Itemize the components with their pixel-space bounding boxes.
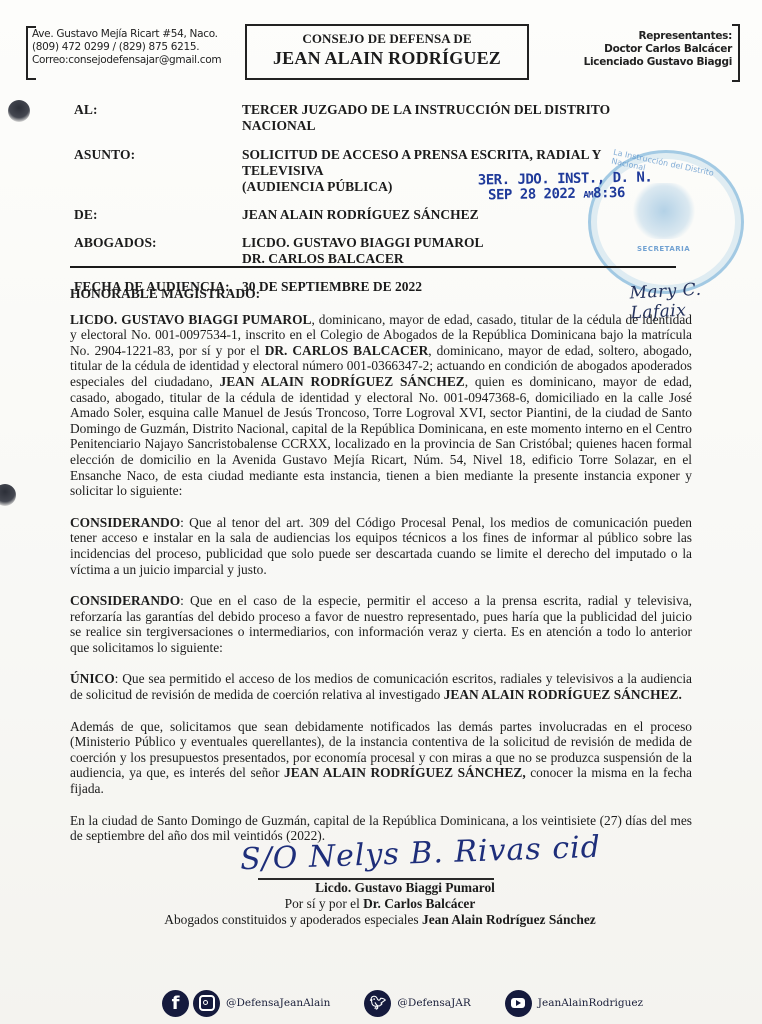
facebook-icon: f (162, 990, 189, 1017)
signatory-name: Licdo. Gustavo Biaggi Pumarol (120, 880, 640, 896)
document-body: HONORABLE MAGISTRADO: LICDO. GUSTAVO BIA… (70, 286, 692, 844)
meta-row-abogados: ABOGADOS: LICDO. GUSTAVO BIAGGI PUMAROL … (74, 235, 674, 267)
greeting: HONORABLE MAGISTRADO: (70, 286, 692, 302)
meta-label: ABOGADOS: (74, 235, 242, 267)
paragraph-notification: Además de que, solicitamos que sean debi… (70, 719, 692, 797)
bold-text: CONSIDERANDO (70, 593, 180, 608)
signature-block: Licdo. Gustavo Biaggi Pumarol Por sí y p… (120, 880, 640, 928)
stamp-datetime: SEP 28 2022 AM8:36 (478, 185, 653, 205)
address-line: Ave. Gustavo Mejía Ricart #54, Naco. (32, 28, 221, 41)
bold-text: ÚNICO (70, 671, 115, 686)
letterhead-representatives: Representantes: Doctor Carlos Balcácer L… (584, 30, 740, 69)
instagram-icon (193, 990, 220, 1017)
paragraph-unico: ÚNICO: Que sea permitido el acceso de lo… (70, 671, 692, 702)
stamp-time: 8:36 (593, 185, 625, 202)
bold-text: JEAN ALAIN RODRÍGUEZ SÁNCHEZ (220, 374, 465, 389)
meta-label: AL: (74, 102, 242, 134)
social-footer: f @DefensaJeanAlain 🐦︎ @DefensaJAR JeanA… (162, 988, 677, 1018)
bold-text: DR. CARLOS BALCACER (265, 343, 429, 358)
text: Por sí y por el (285, 896, 363, 911)
representatives-heading: Representantes: (584, 30, 732, 43)
court-received-stamp: 3ER. JDO. INST., D. N. SEP 28 2022 AM8:3… (478, 170, 653, 205)
representative-1: Doctor Carlos Balcácer (584, 43, 732, 56)
meta-value: TERCER JUZGADO DE LA INSTRUCCIÓN DEL DIS… (242, 102, 674, 134)
stamp-date: SEP 28 2022 (488, 186, 575, 204)
paragraph-considerando-1: CONSIDERANDO: Que al tenor del art. 309 … (70, 515, 692, 577)
bold-text: Jean Alain Rodríguez Sánchez (422, 912, 596, 927)
letterhead-title-box: CONSEJO DE DEFENSA DE JEAN ALAIN RODRÍGU… (245, 24, 529, 80)
signatory-line-3: Abogados constituidos y apoderados espec… (120, 912, 640, 928)
punch-hole (8, 100, 30, 122)
meta-value-line: DR. CARLOS BALCACER (242, 251, 674, 267)
bold-text: JEAN ALAIN RODRÍGUEZ SÁNCHEZ. (444, 687, 682, 702)
letterhead-title-line2: JEAN ALAIN RODRÍGUEZ (247, 48, 527, 69)
social-handle-facebook-instagram: @DefensaJeanAlain (226, 997, 330, 1009)
paragraph-considerando-2: CONSIDERANDO: Que en el caso de la espec… (70, 593, 692, 655)
phone-line: (809) 472 0299 / (829) 875 6215. (32, 41, 221, 54)
bold-text: LICDO. GUSTAVO BIAGGI PUMAROL (70, 312, 311, 327)
bold-text: JEAN ALAIN RODRÍGUEZ SÁNCHEZ, (284, 765, 526, 780)
meta-row-al: AL: TERCER JUZGADO DE LA INSTRUCCIÓN DEL… (74, 102, 674, 134)
meta-row-de: DE: JEAN ALAIN RODRÍGUEZ SÁNCHEZ (74, 207, 674, 223)
bracket-decoration (26, 26, 36, 80)
meta-divider (70, 266, 676, 268)
social-handle-youtube: JeanAlainRodriguez (538, 997, 643, 1009)
paragraph-parties: LICDO. GUSTAVO BIAGGI PUMAROL, dominican… (70, 312, 692, 499)
text: , quien es dominicano, mayor de edad, ca… (70, 374, 692, 498)
email-line: Correo:consejodefensajar@gmail.com (32, 54, 221, 67)
text: Abogados constituidos y apoderados espec… (164, 912, 422, 927)
bold-text: Dr. Carlos Balcácer (363, 896, 475, 911)
representative-2: Licenciado Gustavo Biaggi (584, 56, 732, 69)
bold-text: CONSIDERANDO (70, 515, 180, 530)
meta-value: JEAN ALAIN RODRÍGUEZ SÁNCHEZ (242, 207, 674, 223)
meta-label: ASUNTO: (74, 147, 242, 195)
bracket-decoration (732, 24, 740, 82)
meta-value-line: LICDO. GUSTAVO BIAGGI PUMAROL (242, 235, 674, 251)
twitter-icon: 🐦︎ (364, 990, 391, 1017)
meta-label: DE: (74, 207, 242, 223)
punch-hole (0, 484, 16, 506)
letterhead-title-line1: CONSEJO DE DEFENSA DE (247, 31, 527, 47)
document-page: Ave. Gustavo Mejía Ricart #54, Naco. (80… (0, 0, 762, 1024)
meta-value: LICDO. GUSTAVO BIAGGI PUMAROL DR. CARLOS… (242, 235, 674, 267)
signatory-line-2: Por sí y por el Dr. Carlos Balcácer (120, 896, 640, 912)
youtube-icon (505, 990, 532, 1017)
stamp-ampm: AM (583, 191, 593, 201)
letterhead-contact: Ave. Gustavo Mejía Ricart #54, Naco. (80… (26, 28, 221, 67)
social-handle-twitter: @DefensaJAR (397, 997, 470, 1009)
